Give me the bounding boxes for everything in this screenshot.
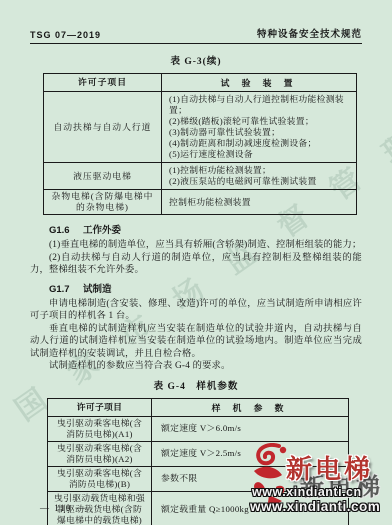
table-row: 液压驱动电梯 (1)控制柜功能检测装置； (2)液压泵站的电磁阀可靠性测试装置 <box>44 163 357 190</box>
table-row: 曳引驱动乘客电梯(含消防员电梯)(A1) 额定速度 V＞6.0m/s <box>48 416 349 441</box>
column-header-prototype-params: 样 机 参 数 <box>152 398 349 416</box>
table-header-row: 许可子项目 样 机 参 数 <box>48 398 349 416</box>
devices-cell: (1)控制柜功能检测装置； (2)液压泵站的电磁阀可靠性测试装置 <box>162 163 357 190</box>
paragraph: (2)自动扶梯与自动人行道的制造单位，应当具有控制柜及整梯组装的能力，整梯组装不… <box>30 252 362 277</box>
paragraph: 试制造样机的参数应当符合表 G-4 的要求。 <box>30 360 362 373</box>
device-line: (4)制动距离和制动减速度检测设备； <box>169 138 352 149</box>
device-line: (2)液压泵站的电磁阀可靠性测试装置 <box>169 176 352 187</box>
section-title: 工作外委 <box>83 226 121 236</box>
permit-item-cell: 杂物电梯(含防爆电梯中的杂物电梯) <box>44 190 162 215</box>
paragraph: (1)垂直电梯的制造单位，应当具有轿厢(含轿架)制造、控制柜组装的能力； <box>30 239 362 252</box>
permit-item-cell: 自动扶梯与自动人行道 <box>44 92 162 163</box>
paragraph: 垂直电梯的试制造样机应当安装在制造单位的试验井道内，自动扶梯与自动人行道的试制造… <box>30 323 362 361</box>
table-header-row: 许可子项目 试 验 装 置 <box>44 74 357 92</box>
permit-item-cell: 曳引驱动乘客电梯(含消防员电梯)(B) <box>48 466 152 491</box>
permit-item-cell: 液压驱动电梯 <box>44 163 162 190</box>
permit-item-cell: 曳引驱动乘客电梯(含消防员电梯)(A1) <box>48 416 152 441</box>
paragraph: 申请电梯制造(含安装、修理、改造)许可的单位，应当试制造所申请相应许可子项目的样… <box>30 298 362 323</box>
device-line: (5)运行速度检测设备 <box>169 149 352 160</box>
device-line: 控制柜功能检测装置 <box>169 197 352 208</box>
permit-item-cell: 曳引驱动乘客电梯(含消防员电梯)(A2) <box>48 441 152 466</box>
param-cell: 额定速度 V＞6.0m/s <box>152 416 349 441</box>
section-heading-g1-7: G1.7 试制造 <box>30 284 362 296</box>
table-g3: 许可子项目 试 验 装 置 自动扶梯与自动人行道 (1)自动扶梯与自动人行道控制… <box>43 73 357 215</box>
table-row: 杂物电梯(含防爆电梯中的杂物电梯) 控制柜功能检测装置 <box>44 190 357 215</box>
document-page: 国家市场监督管理总局 TSG 07—2019 特种设备安全技术规范 表 G-3(… <box>0 0 392 525</box>
device-line: (2)梯级(踏板)滚轮可靠性试验装置； <box>169 116 352 127</box>
column-header-permit-item: 许可子项目 <box>48 398 152 416</box>
devices-cell: 控制柜功能检测装置 <box>162 190 357 215</box>
logo-url-cn: www.xindianti.cn <box>252 485 362 499</box>
section-title: 试制造 <box>83 285 112 295</box>
page-number: — 110 — <box>40 503 86 513</box>
page-header: TSG 07—2019 特种设备安全技术规范 <box>30 26 362 44</box>
document-code: TSG 07—2019 <box>30 30 101 40</box>
device-line: (1)控制柜功能检测装置； <box>169 165 352 176</box>
section-heading-g1-6: G1.6 工作外委 <box>30 225 362 237</box>
xindianti-watermark-logo: 新电梯 新电梯 www.xindianti.cn www.xindianti.c… <box>250 439 392 525</box>
table-g3-title: 表 G-3(续) <box>30 57 362 68</box>
table-row: 自动扶梯与自动人行道 (1)自动扶梯与自动人行道控制柜功能检测装置； (2)梯级… <box>44 92 357 163</box>
device-line: (1)自动扶梯与自动人行道控制柜功能检测装置； <box>169 94 352 116</box>
section-number: G1.7 <box>49 284 70 295</box>
logo-text: 新电梯 <box>286 449 373 486</box>
device-line: (3)制动器可靠性试验装置； <box>169 127 352 138</box>
logo-url-com: www.xindianti.com <box>250 499 380 514</box>
devices-cell: (1)自动扶梯与自动人行道控制柜功能检测装置； (2)梯级(踏板)滚轮可靠性试验… <box>162 92 357 163</box>
section-number: G1.6 <box>49 225 70 236</box>
table-g4-title: 表 G-4 样机参数 <box>30 382 362 393</box>
column-header-test-devices: 试 验 装 置 <box>162 74 357 92</box>
document-title: 特种设备安全技术规范 <box>257 26 362 40</box>
column-header-permit-item: 许可子项目 <box>44 74 162 92</box>
